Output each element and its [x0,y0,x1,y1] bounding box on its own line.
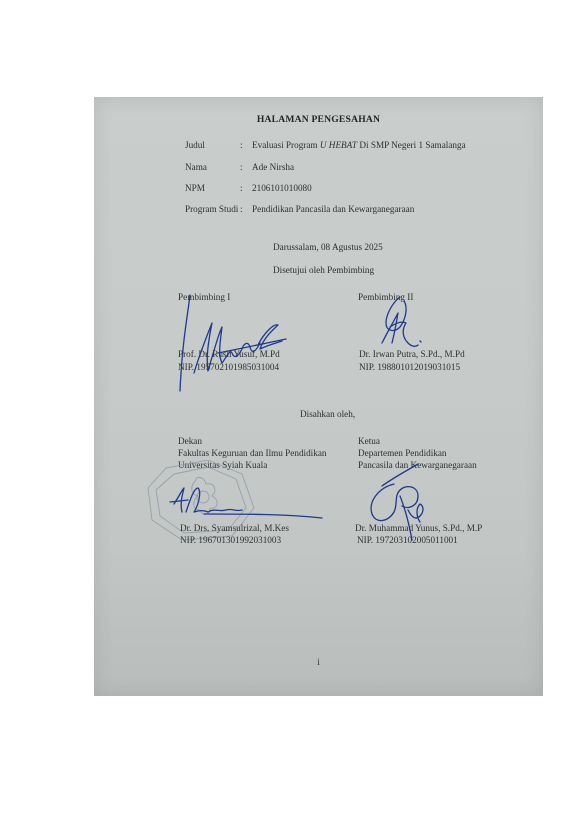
official-1-nip: NIP. 196701301992031003 [180,536,281,545]
field-label: Judul [185,141,205,150]
field-separator: : [240,184,243,193]
field-separator: : [240,163,243,172]
official-1-title-line-2: Fakultas Keguruan dan Ilmu Pendidikan [178,449,327,458]
ratified-by: Disahkan oleh, [300,410,355,419]
official-2-name: Dr. Muhammad Yunus, S.Pd., M.P [355,524,482,533]
advisor-1-nip: NIP. 195702101985031004 [178,363,279,372]
official-2-nip: NIP. 197203102005011001 [357,536,458,545]
field-value: 2106101010080 [252,184,312,193]
advisor-1-role: Pembimbing I [178,293,230,302]
advisor-1-name: Prof. Dr. Rusli Yusuf, M.Pd [178,350,280,359]
scanned-document-page: HALAMAN PENGESAHAN Judul : Evaluasi Prog… [94,97,543,696]
approved-by: Disetujui oleh Pembimbing [273,266,374,275]
official-2-title-line-1: Ketua [358,437,380,446]
field-separator: : [240,141,243,150]
document-title: HALAMAN PENGESAHAN [94,115,543,125]
field-label: NPM [185,184,205,193]
advisor-1-signature-icon [178,293,288,393]
field-value: Pendidikan Pancasila dan Kewarganegaraan [252,205,414,214]
advisor-2-name: Dr. Irwan Putra, S.Pd., M.Pd [359,350,465,359]
field-separator: : [240,205,243,214]
official-2-title-line-2: Departemen Pendidikan [358,449,447,458]
official-1-signature-icon [164,482,324,522]
official-1-title-line-1: Dekan [178,437,202,446]
official-2-title-line-3: Pancasila dan Kewarganegaraan [358,461,477,470]
official-1-name: Dr. Drs. Syamsulrizal, M.Kes [180,524,289,533]
official-1-title-line-3: Universitas Syiah Kuala [178,461,267,470]
field-label: Program Studi [185,205,238,214]
advisor-2-nip: NIP. 198801012019031015 [359,363,460,372]
page-number: i [94,658,543,667]
field-label: Nama [185,163,207,172]
place-date: Darussalam, 08 Agustus 2025 [273,243,383,252]
advisor-2-role: Pembimbing II [358,293,413,302]
field-value: Evaluasi Program U HEBAT Di SMP Negeri 1… [252,141,466,150]
field-value: Ade Nirsha [252,163,294,172]
